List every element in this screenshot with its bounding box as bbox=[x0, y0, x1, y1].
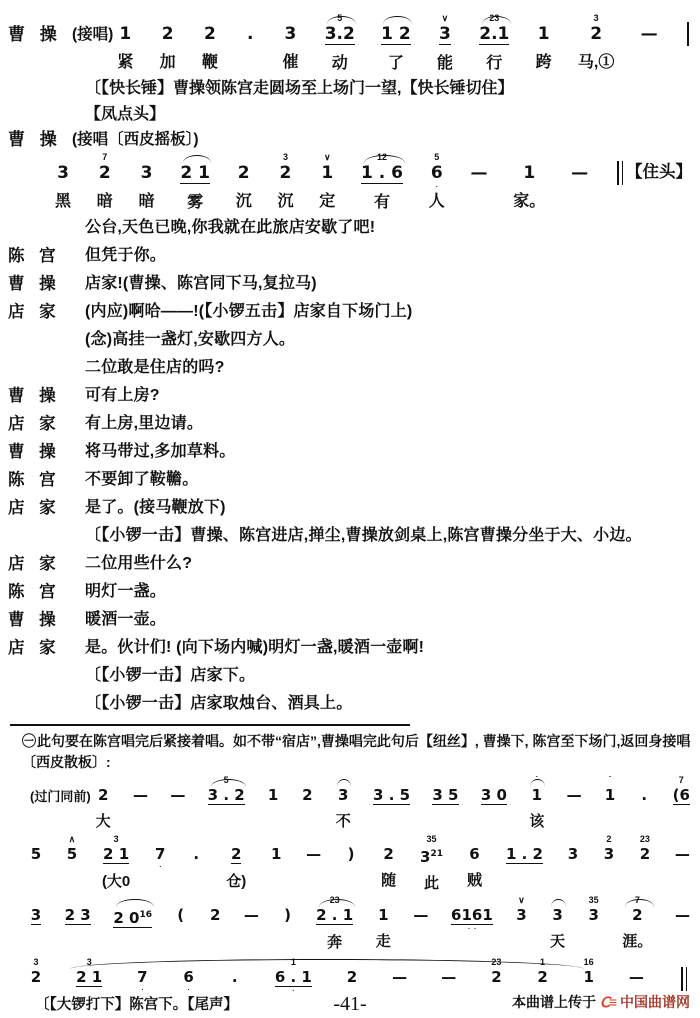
dialogue-row: 二位敢是住店的吗? bbox=[8, 354, 694, 382]
lyric: 紧 bbox=[117, 52, 133, 74]
dialogue-block: 公台,天色已晚,你我就在此旅店安歇了吧!陈 宫但凭于你。曹 操店家!(曹操、陈宫… bbox=[0, 214, 700, 718]
speaker-name bbox=[8, 214, 72, 242]
dialogue-text: 但凭于你。 bbox=[85, 242, 166, 270]
dialogue-text: 不要卸了鞍韂。 bbox=[85, 466, 198, 494]
note: 3 0 bbox=[481, 775, 507, 832]
note: 1紧 bbox=[117, 12, 133, 74]
note-value: 3 bbox=[552, 906, 562, 924]
note: 7(6 bbox=[673, 775, 690, 832]
footnote-text: ㊀此句要在陈宫唱完后紧接着唱。如不带“宿店”,曹操唱完此句后【纽丝】, 曹操下,… bbox=[22, 731, 692, 773]
note-value: 2 bbox=[640, 845, 650, 863]
note-value: 3 bbox=[338, 786, 348, 804]
ornament-row: ∨ bbox=[324, 151, 331, 163]
note: 121 . 6有 bbox=[361, 151, 403, 214]
ornament-row: ∧ bbox=[69, 834, 76, 845]
note: 72暗 bbox=[97, 151, 113, 213]
note: — bbox=[675, 834, 690, 890]
dialogue-row: 〔【小锣一击】店家下。 bbox=[8, 662, 694, 690]
jianpu-notation-line: 1紧2加2鞭.3催53.2动1 2了∨3能232.1行1跨32马,①— bbox=[117, 12, 692, 75]
note: 2 bbox=[209, 895, 221, 951]
jianpu-notation-line: 32 32 016(2—)232 . 1奔1走—6161· ·∨33天35372… bbox=[30, 895, 690, 955]
lyric: 天 bbox=[550, 932, 565, 951]
speaker-name bbox=[8, 354, 72, 382]
note-value: . bbox=[193, 845, 199, 863]
note: 3 bbox=[30, 895, 42, 952]
note-value: ) bbox=[348, 845, 355, 863]
note-value: 321 bbox=[420, 845, 443, 866]
speaker-name: 店 家 bbox=[8, 298, 72, 326]
note: 35321此 bbox=[420, 834, 443, 893]
note: 2加 bbox=[160, 12, 176, 74]
speaker-name bbox=[8, 326, 72, 354]
note: 6161· · bbox=[451, 895, 493, 952]
note-value: 3 bbox=[516, 906, 526, 924]
note: 7· bbox=[154, 834, 166, 890]
speaker-name: 曹 操 bbox=[8, 438, 72, 466]
lyric: 马,① bbox=[578, 52, 614, 74]
footnote-music-line: 5∧532 1(大07·.2仓)1—)2随35321此6贼1 . 2323232… bbox=[30, 834, 690, 893]
note-value: 1 bbox=[532, 786, 542, 804]
note-value: 1 bbox=[321, 163, 333, 183]
dialogue-row: (念)高挂一盏灯,安歇四方人。 bbox=[8, 326, 694, 354]
lyric: 雾 bbox=[187, 192, 203, 214]
page-number: -41- bbox=[333, 993, 366, 1016]
note-value: 2 bbox=[491, 968, 501, 986]
dialogue-row: 公台,天色已晚,你我就在此旅店安歇了吧! bbox=[8, 214, 694, 242]
dialogue-row: 陈 宫但凭于你。 bbox=[8, 242, 694, 270]
note-value: 2 bbox=[98, 786, 108, 804]
note-value: 2 bbox=[302, 786, 312, 804]
dialogue-text: 公台,天色已晚,你我就在此旅店安歇了吧! bbox=[85, 214, 375, 242]
lyric: 此 bbox=[424, 874, 439, 893]
lyric: 跨 bbox=[536, 52, 552, 74]
page-footer: 〔【大锣打下】陈宫下。【尾声】 -41- 本曲谱上传于 Ⅽ≡ 中国曲谱网 bbox=[0, 992, 700, 1016]
note-value: 2 016 bbox=[113, 906, 152, 928]
note: 353 bbox=[588, 895, 600, 951]
note: 3天 bbox=[550, 895, 565, 951]
note-value: — bbox=[392, 968, 407, 986]
note-value: 2.1 bbox=[479, 24, 509, 45]
note-value: 1 bbox=[271, 845, 281, 863]
note-value: ) bbox=[284, 906, 291, 924]
note-value: — bbox=[441, 968, 456, 986]
ornament-row: 2 bbox=[606, 834, 611, 845]
ornament-row: 23 bbox=[640, 834, 650, 845]
note-value: 2 bbox=[238, 163, 250, 183]
note-value: 1 bbox=[119, 24, 131, 44]
lyric: 暗 bbox=[139, 191, 155, 213]
lyric: 仓) bbox=[226, 872, 246, 891]
note-value: 3 bbox=[31, 906, 41, 925]
note-value: 2 bbox=[280, 163, 292, 183]
footnote-music-block: (过门同前)2大——53 . 2123不3 . 53 53 0˙1该—˙1.7(… bbox=[0, 775, 700, 1014]
note-value: — bbox=[413, 906, 428, 924]
ornament-row: 35 bbox=[589, 895, 599, 906]
ornament-row: 16 bbox=[584, 957, 594, 968]
note-value: 2 bbox=[590, 24, 602, 44]
note: . bbox=[190, 834, 202, 890]
note: 2 bbox=[301, 775, 313, 831]
zhutou-label: 【住头】 bbox=[626, 151, 692, 183]
note: ) bbox=[345, 834, 357, 890]
note-value: 1 bbox=[378, 906, 388, 924]
note: 3 . 5 bbox=[373, 775, 410, 832]
speaker-name bbox=[8, 522, 72, 550]
note: 2 1雾 bbox=[180, 151, 210, 214]
note-value: 2 1 bbox=[103, 845, 129, 864]
note-value: 1 bbox=[523, 163, 535, 183]
note-value: 3 bbox=[439, 24, 451, 45]
note-value: 2 bbox=[231, 845, 241, 864]
lyric: 能 bbox=[437, 53, 453, 75]
note: 6贼 bbox=[467, 834, 482, 890]
slur-arc bbox=[482, 16, 511, 24]
note: 2 3 bbox=[65, 895, 91, 952]
dialogue-row: 店 家有上房,里边请。 bbox=[8, 410, 694, 438]
grace-after: 16 bbox=[139, 910, 152, 920]
note-value: 2 bbox=[99, 163, 111, 183]
dialogue-text: 〔【小锣一击】曹操、陈宫进店,掸尘,曹操放剑桌上,陈宫曹操分坐于大、小边。 bbox=[85, 522, 642, 550]
dialogue-row: 曹 操店家!(曹操、陈宫同下马,复拉马) bbox=[8, 270, 694, 298]
lyric: 行 bbox=[486, 53, 502, 75]
cue-label: (接唱〔西皮摇板〕) bbox=[72, 129, 199, 151]
note-value: — bbox=[306, 845, 321, 863]
note-value: 1 bbox=[583, 968, 593, 986]
lyric: 奔 bbox=[327, 933, 342, 952]
note: — bbox=[170, 775, 185, 831]
speaker-name: 曹 操 bbox=[8, 606, 72, 634]
footnote-music-line: (过门同前)2大——53 . 2123不3 . 53 53 0˙1该—˙1.7(… bbox=[30, 775, 690, 832]
grace-after: 21 bbox=[430, 849, 443, 859]
note: 1 2了 bbox=[381, 12, 411, 75]
dialogue-text: 二位敢是住店的吗? bbox=[85, 354, 225, 382]
site-name: 中国曲谱网 bbox=[620, 992, 690, 1012]
note-value: 2 1 bbox=[180, 163, 210, 184]
note: 32 1(大0 bbox=[102, 834, 130, 891]
note: 72涯。 bbox=[622, 895, 652, 951]
note: 53.2动 bbox=[325, 12, 355, 75]
note-value: 3 bbox=[568, 845, 578, 863]
site-logo-icon: Ⅽ≡ bbox=[600, 994, 616, 1011]
note: 1走 bbox=[376, 895, 391, 951]
speaker-name: 店 家 bbox=[8, 634, 72, 662]
note-value: 6 bbox=[431, 163, 443, 183]
dialogue-text: (念)高挂一盏灯,安歇四方人。 bbox=[85, 326, 295, 354]
slur-arc bbox=[530, 779, 544, 787]
note: 232 . 1奔 bbox=[316, 895, 353, 952]
slur-arc bbox=[625, 899, 654, 907]
note-value: — bbox=[133, 786, 148, 804]
footnote-body: 此句要在陈宫唱完后紧接着唱。如不带“宿店”,曹操唱完此句后【纽丝】, 曹操下, … bbox=[22, 733, 690, 770]
dialogue-row: 曹 操可有上房? bbox=[8, 382, 694, 410]
lyric: 贼 bbox=[467, 871, 482, 890]
note: ∨3能 bbox=[437, 12, 453, 75]
note-value: 3 bbox=[141, 163, 153, 183]
closing-stage-direction: 〔【大锣打下】陈宫下。【尾声】 bbox=[35, 993, 238, 1014]
passage-cue: (过门同前) bbox=[30, 775, 91, 807]
note: ∧5 bbox=[66, 834, 78, 890]
dialogue-text: 二位用些什么? bbox=[85, 550, 192, 578]
note-value: — bbox=[170, 786, 185, 804]
note: — bbox=[641, 12, 658, 74]
lyric: 鞭 bbox=[202, 52, 218, 74]
dialogue-text: 暖酒一壶。 bbox=[85, 606, 166, 634]
score-page: 曹 操 (接唱) 1紧2加2鞭.3催53.2动1 2了∨3能232.1行1跨32… bbox=[0, 0, 700, 1018]
note-value: . bbox=[232, 968, 238, 986]
dialogue-row: 陈 宫明灯一盏。 bbox=[8, 578, 694, 606]
dialogue-text: 可有上房? bbox=[85, 382, 160, 410]
slur-arc bbox=[319, 899, 355, 907]
note-value: 6 bbox=[469, 845, 479, 863]
lyric: 有 bbox=[374, 192, 390, 214]
note-value: 3 0 bbox=[481, 786, 507, 805]
ornament-row: ∨ bbox=[442, 12, 449, 24]
vocal-line-2: 3黑72暗3暗2 1雾2沉32沉∨1定121 . 6有56·人—1家。— 【住头… bbox=[55, 151, 692, 214]
dialogue-text: 是。伙计们! (向下场内喊)明灯一盏,暖酒一壶啊! bbox=[85, 634, 424, 662]
note: 32马,① bbox=[578, 12, 614, 74]
dialogue-row: 〔【小锣一击】曹操、陈宫进店,掸尘,曹操放剑桌上,陈宫曹操分坐于大、小边。 bbox=[8, 522, 694, 550]
note: 1家。 bbox=[513, 151, 545, 213]
footnote-separator bbox=[10, 724, 410, 726]
note-value: 2 bbox=[347, 968, 357, 986]
lyric: 催 bbox=[282, 52, 298, 74]
note-value: 3 bbox=[588, 906, 598, 924]
lyric: 暗 bbox=[97, 191, 113, 213]
ornament-row: 3 bbox=[114, 834, 119, 845]
watermark: 本曲谱上传于 Ⅽ≡ 中国曲谱网 bbox=[512, 992, 690, 1012]
lyric: 加 bbox=[160, 52, 176, 74]
barline bbox=[681, 967, 687, 991]
lyric: 该 bbox=[529, 812, 544, 831]
note-value: 5 bbox=[67, 845, 77, 863]
note: 1跨 bbox=[536, 12, 552, 74]
footnote-music-line: 32 32 016(2—)232 . 1奔1走—6161· ·∨33天35372… bbox=[30, 895, 690, 955]
lyric: 沉 bbox=[236, 191, 252, 213]
speaker-name: 陈 宫 bbox=[8, 578, 72, 606]
note-value: ( bbox=[177, 906, 184, 924]
note-value: . bbox=[247, 24, 253, 44]
lyric: 黑 bbox=[55, 191, 71, 213]
dialogue-text: 〔【小锣一击】店家取烛台、酒具上。 bbox=[85, 690, 352, 718]
jianpu-notation-line: 5∧532 1(大07·.2仓)1—)2随35321此6贼1 . 2323232… bbox=[30, 834, 690, 893]
lyric: 走 bbox=[376, 932, 391, 951]
slur-arc bbox=[364, 155, 404, 163]
note: 3黑 bbox=[55, 151, 71, 213]
note-value: 3 bbox=[285, 24, 297, 44]
note-value: — bbox=[244, 906, 259, 924]
note: 3暗 bbox=[139, 151, 155, 213]
note: . bbox=[244, 12, 256, 74]
note: 3 5 bbox=[432, 775, 458, 832]
note: 3不 bbox=[336, 775, 351, 831]
ornament-row: 7 bbox=[102, 151, 107, 163]
lyric: 动 bbox=[332, 53, 348, 75]
note-value: — bbox=[629, 968, 644, 986]
note: 23 bbox=[603, 834, 615, 890]
note-value: 2 bbox=[632, 906, 642, 924]
note-value: 5 bbox=[31, 845, 41, 863]
vocal-line-2-header: 曹 操 (接唱〔西皮摇板〕) bbox=[8, 129, 692, 151]
note: 1 . 2 bbox=[506, 834, 543, 891]
ornament-row: 3 bbox=[87, 957, 92, 968]
ornament-row: 7 bbox=[679, 775, 684, 786]
speaker-name bbox=[8, 662, 72, 690]
ornament-row: 3 bbox=[594, 12, 599, 24]
slur-arc bbox=[327, 16, 356, 24]
note-value: 2 bbox=[204, 24, 216, 44]
note-value: 1 . 6 bbox=[361, 163, 403, 184]
note-value: 1 bbox=[538, 24, 550, 44]
note-value: 2 bbox=[537, 968, 547, 986]
note-value: — bbox=[675, 906, 690, 924]
role-name: 曹 操 bbox=[8, 129, 72, 151]
dialogue-row: 〔【小锣一击】店家取烛台、酒具上。 bbox=[8, 690, 694, 718]
watermark-prefix: 本曲谱上传于 bbox=[512, 992, 596, 1012]
ornament-row: ∨ bbox=[518, 895, 525, 906]
speaker-name bbox=[8, 690, 72, 718]
speaker-name: 店 家 bbox=[8, 550, 72, 578]
speaker-name: 陈 宫 bbox=[8, 242, 72, 270]
note: 2沉 bbox=[236, 151, 252, 213]
barline bbox=[617, 161, 623, 185]
octave-dot: · bbox=[435, 183, 438, 191]
note: — bbox=[413, 895, 428, 951]
note: — bbox=[133, 775, 148, 831]
ornament-row: 23 bbox=[491, 957, 501, 968]
lyric: 涯。 bbox=[622, 932, 652, 951]
role-name: 曹 操 bbox=[8, 12, 72, 46]
note: ˙1该 bbox=[529, 775, 544, 831]
ornament-row: 1 bbox=[540, 957, 545, 968]
note-value: 2 3 bbox=[65, 906, 91, 925]
ornament-row: 3 bbox=[283, 151, 288, 163]
note-value: 2 bbox=[31, 968, 41, 986]
cue-label: (接唱) bbox=[72, 12, 113, 46]
lyric: 沉 bbox=[277, 191, 293, 213]
stage-direction: 〔【快长锤】曹操领陈宫走圆场至上场门一望,【快长锤切住】 bbox=[85, 77, 692, 101]
slur-arc bbox=[116, 899, 153, 907]
note: 2随 bbox=[381, 834, 396, 890]
dialogue-text: 店家!(曹操、陈宫同下马,复拉马) bbox=[85, 270, 317, 298]
dialogue-text: 将马带过,多加草料。 bbox=[85, 438, 235, 466]
note: 2仓) bbox=[226, 834, 246, 891]
note-value: — bbox=[675, 845, 690, 863]
note: 1 bbox=[267, 775, 279, 831]
note-value: 1 2 bbox=[381, 24, 411, 45]
dialogue-row: 曹 操将马带过,多加草料。 bbox=[8, 438, 694, 466]
note: 232.1行 bbox=[479, 12, 509, 75]
note: 3催 bbox=[282, 12, 298, 74]
note-value: (6 bbox=[673, 786, 690, 805]
ornament-row: 3 bbox=[33, 957, 38, 968]
dialogue-row: 店 家是。伙计们! (向下场内喊)明灯一盏,暖酒一壶啊! bbox=[8, 634, 694, 662]
speaker-name: 曹 操 bbox=[8, 382, 72, 410]
note: — bbox=[244, 895, 259, 951]
note: ˙1 bbox=[604, 775, 616, 831]
ornament-row: 1 bbox=[291, 957, 296, 968]
lyric: 了 bbox=[388, 53, 404, 75]
lyric: 定 bbox=[319, 191, 335, 213]
note-value: 2 bbox=[383, 845, 393, 863]
note: — bbox=[571, 151, 588, 213]
note: 5 bbox=[30, 834, 42, 890]
slur-arc bbox=[183, 155, 211, 163]
note-value: 3.2 bbox=[325, 24, 355, 45]
dialogue-text: 〔【小锣一击】店家下。 bbox=[85, 662, 255, 690]
dialogue-text: 明灯一盏。 bbox=[85, 578, 166, 606]
lyric: (大0 bbox=[102, 872, 130, 891]
ornament-row: ˙ bbox=[608, 775, 611, 786]
note-value: 3 bbox=[57, 163, 69, 183]
note-value: — bbox=[567, 786, 582, 804]
note-value: — bbox=[571, 163, 588, 183]
note-value: 1 bbox=[268, 786, 278, 804]
octave-dot: · · bbox=[467, 925, 476, 933]
speaker-name: 陈 宫 bbox=[8, 466, 72, 494]
note-value: — bbox=[641, 24, 658, 44]
note-value: 2 bbox=[162, 24, 174, 44]
note-value: 3 5 bbox=[432, 786, 458, 805]
dialogue-row: 店 家(内应)啊哈——!(【小锣五击】店家自下场门上) bbox=[8, 298, 694, 326]
note-value: 3 bbox=[604, 845, 614, 863]
note: — bbox=[306, 834, 321, 890]
vocal-line-1: 曹 操 (接唱) 1紧2加2鞭.3催53.2动1 2了∨3能232.1行1跨32… bbox=[8, 12, 692, 75]
slur-arc bbox=[551, 899, 565, 907]
dialogue-text: (内应)啊哈——!(【小锣五击】店家自下场门上) bbox=[85, 298, 412, 326]
slur-arc bbox=[383, 16, 411, 24]
speaker-name: 店 家 bbox=[8, 494, 72, 522]
octave-dot: · bbox=[159, 863, 162, 871]
note: 2鞭 bbox=[202, 12, 218, 74]
slur-arc bbox=[211, 779, 247, 787]
lyric: 人 bbox=[429, 191, 445, 213]
dialogue-row: 曹 操暖酒一壶。 bbox=[8, 606, 694, 634]
ornament-row: 5 bbox=[434, 151, 439, 163]
note: ( bbox=[175, 895, 187, 951]
lyric: 不 bbox=[336, 812, 351, 831]
ornament-row: 35 bbox=[427, 834, 437, 845]
dialogue-text: 有上房,里边请。 bbox=[85, 410, 203, 438]
note: 2 016 bbox=[113, 895, 152, 955]
note-value: — bbox=[471, 163, 488, 183]
dialogue-row: 店 家是了。(接马鞭放下) bbox=[8, 494, 694, 522]
note: 32沉 bbox=[277, 151, 293, 213]
note-value: 2 . 1 bbox=[316, 906, 353, 925]
note: ∨3 bbox=[515, 895, 527, 951]
dialogue-text: 是了。(接马鞭放下) bbox=[85, 494, 226, 522]
note: 232 bbox=[639, 834, 651, 890]
dialogue-row: 店 家二位用些什么? bbox=[8, 550, 694, 578]
footnote-marker: ㊀ bbox=[22, 733, 36, 749]
note: 56·人 bbox=[429, 151, 445, 213]
note-value: 3 . 5 bbox=[373, 786, 410, 805]
lyric: 大 bbox=[96, 812, 111, 831]
jianpu-notation-line: 2大——53 . 2123不3 . 53 53 0˙1该—˙1.7(6 bbox=[96, 775, 690, 832]
note: 53 . 2 bbox=[208, 775, 245, 832]
note: . bbox=[638, 775, 650, 831]
note: — bbox=[471, 151, 488, 213]
note-value: 2 1 bbox=[76, 968, 102, 987]
note-value: 2 bbox=[210, 906, 220, 924]
note: — bbox=[567, 775, 582, 831]
note: ∨1定 bbox=[319, 151, 335, 213]
percussion-pattern-label: 【凤点头】 bbox=[85, 103, 692, 127]
note: ) bbox=[282, 895, 294, 951]
note: 1 bbox=[270, 834, 282, 890]
note: — bbox=[675, 895, 690, 951]
note-value: 1 bbox=[605, 786, 615, 804]
speaker-name: 曹 操 bbox=[8, 270, 72, 298]
